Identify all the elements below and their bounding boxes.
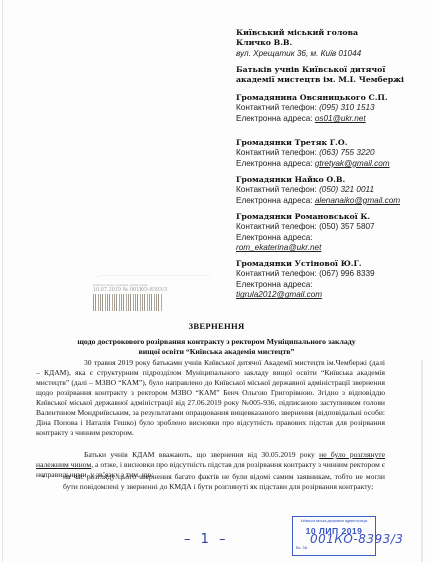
- email-link[interactable]: os01@ukr.net: [315, 114, 366, 123]
- sender-name: Батьків учнів Київської дитячої: [236, 65, 404, 75]
- barcode-reg-number: 10.07.2019 № 001КО-8393/3: [93, 287, 168, 293]
- phone-value: (063) 755 3220: [319, 148, 375, 157]
- phone-label: Контактний телефон:: [236, 185, 317, 194]
- addressee-title: Київський міський голова: [236, 28, 361, 38]
- sender-parents: Батьків учнів Київської дитячої академії…: [236, 65, 404, 86]
- sender-name: Громадянки Третяк Г.О.: [236, 138, 390, 148]
- stamp-number-handwritten: 001КО-8393/3: [310, 532, 403, 546]
- bullet-icon: •: [42, 472, 45, 482]
- phone-value: (050) 321 0011: [319, 185, 374, 194]
- addressee-mayor: Київський міський голова Кличко В.В. вул…: [236, 28, 361, 59]
- email-label: Електронна адреса:: [236, 233, 375, 243]
- sender-name: Громадянина Овсяницького С.П.: [236, 93, 388, 103]
- phone-value: (067) 996 8339: [319, 269, 375, 278]
- stamp-number-label: Вх. №: [296, 545, 307, 550]
- phone-label: Контактний телефон:: [236, 269, 317, 278]
- email-link[interactable]: tigrula2012@gmail.com: [236, 290, 375, 300]
- addressee-address: вул. Хрещатик 36, м. Київ 01044: [236, 49, 361, 59]
- sender-name: Громадянки Романовської К.: [236, 212, 375, 222]
- paragraph-1: 30 травня 2019 року батьками учнів Київс…: [36, 358, 385, 438]
- email-label: Електронна адреса:: [236, 280, 375, 290]
- document-page: Київський міський голова Кличко В.В. вул…: [0, 0, 433, 562]
- phone-label: Контактний телефон:: [236, 148, 317, 157]
- addressee-name: Кличко В.В.: [236, 38, 361, 48]
- email-link[interactable]: rom_ekaterina@ukr.net: [236, 243, 375, 253]
- sender-ustinova: Громадянки Устінової Ю.Г. Контактний тел…: [236, 259, 375, 301]
- email-label: Електронна адреса:: [236, 196, 313, 205]
- bullet-text: на час розгляду цього звернення багато ф…: [63, 472, 385, 492]
- phone-label: Контактний телефон:: [236, 103, 317, 112]
- sender-romanovska: Громадянки Романовської К. Контактний те…: [236, 212, 375, 254]
- paragraph-text: Батьки учнів КДАМ вважають, що звернення…: [84, 450, 319, 459]
- stamp-org: Київська міська державна адміністрація: [293, 519, 375, 523]
- scan-edge: [421, 360, 423, 562]
- page-number: – 1 –: [184, 532, 229, 547]
- phone-value: (050) 357 5807: [319, 222, 375, 231]
- sender-name: Громадянки Устінової Ю.Г.: [236, 259, 375, 269]
- email-link[interactable]: alenanaiko@gmail.com: [315, 196, 400, 205]
- document-subtitle: вищої освіти “Київська академія мистецтв…: [0, 347, 433, 356]
- phone-value: (095) 310 1513: [319, 103, 375, 112]
- sender-name: академії мистецтв ім. М.І. Чембержі: [236, 75, 404, 85]
- sender-ovsyanytskyi: Громадянина Овсяницького С.П. Контактний…: [236, 93, 388, 124]
- sender-tretiak: Громадянки Третяк Г.О. Контактний телефо…: [236, 138, 390, 169]
- email-link[interactable]: gtretyak@gmail.com: [315, 159, 390, 168]
- sender-naiko: Громадянки Найко О.В. Контактний телефон…: [236, 175, 400, 206]
- document-title: ЗВЕРНЕННЯ: [0, 321, 433, 331]
- barcode-stamp: Київська міська державна адміністрація 1…: [93, 283, 168, 316]
- email-label: Електронна адреса:: [236, 114, 313, 123]
- barcode-icon: [93, 294, 163, 311]
- sender-name: Громадянки Найко О.В.: [236, 175, 400, 185]
- phone-label: Контактний телефон:: [236, 222, 317, 231]
- document-subtitle: щодо дострокового розірвання контракту з…: [0, 337, 433, 346]
- email-label: Електронна адреса:: [236, 159, 313, 168]
- scan-edge: [2, 0, 3, 562]
